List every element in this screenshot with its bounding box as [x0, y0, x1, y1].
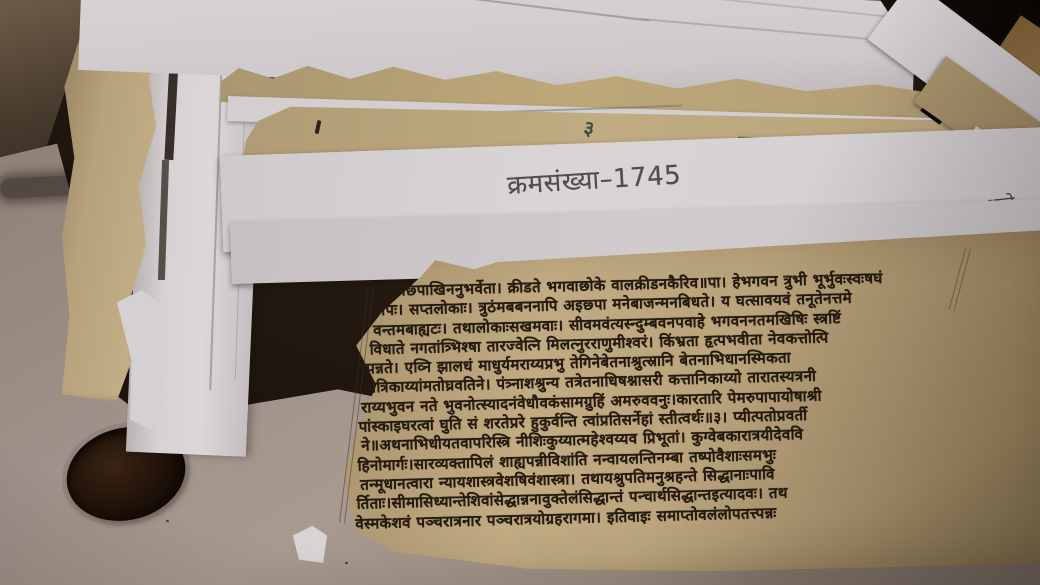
photo-stacked-manuscripts: ३ त्मम्नाणाम्रूणयनु क्रमसंख्या–1745 ऽख्ट… — [0, 0, 1040, 585]
cloth-speck — [166, 520, 169, 522]
cloth-speck — [345, 562, 348, 564]
manuscript-text-block: हमिछ्पाखिननुभर्वेता। क्रीडते भगवाछोके वा… — [346, 263, 1040, 534]
